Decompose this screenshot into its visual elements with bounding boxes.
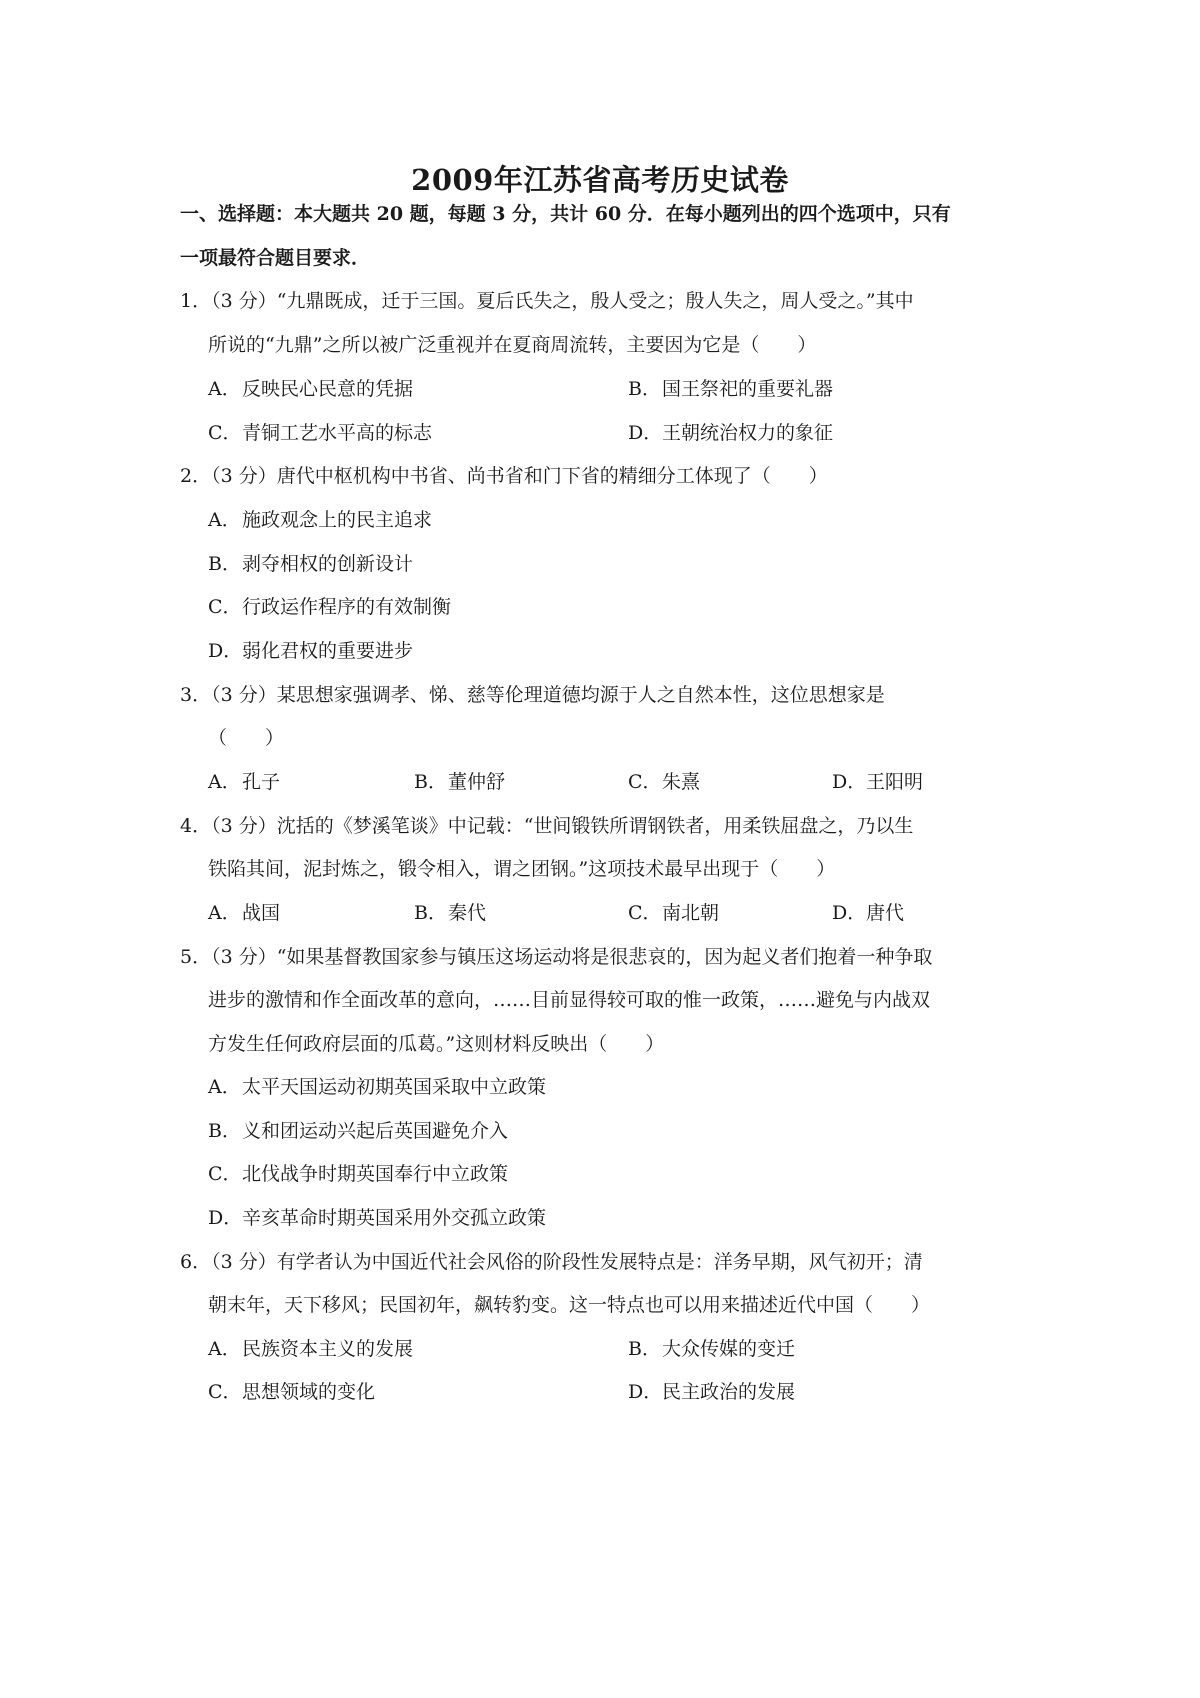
option-key: A．	[208, 768, 242, 796]
option-text: 王阳明	[866, 771, 923, 793]
option-key: A．	[208, 506, 242, 534]
option-text: 董仲舒	[448, 771, 505, 793]
question-stem-line: 4．（3 分）沈括的《梦溪笔谈》中记载：“世间锻铁所谓钢铁者，用柔铁屈盘之，乃以…	[180, 812, 913, 840]
option-c[interactable]: C．行政运作程序的有效制衡	[208, 593, 451, 621]
option-b[interactable]: B．剥夺相权的创新设计	[208, 550, 413, 578]
option-c[interactable]: C．南北朝	[628, 899, 719, 927]
option-text: 义和团运动兴起后英国避免介入	[242, 1120, 508, 1142]
option-key: B．	[628, 1335, 662, 1363]
option-text: 战国	[242, 902, 280, 924]
option-a[interactable]: A．反映民心民意的凭据	[208, 375, 413, 403]
option-a[interactable]: A．战国	[208, 899, 280, 927]
option-c[interactable]: C．思想领域的变化	[208, 1378, 375, 1406]
question-stem-line: 朝末年，天下移风；民国初年，飙转豹变。这一特点也可以用来描述近代中国（ ）	[208, 1291, 930, 1319]
option-d[interactable]: D．王阳明	[832, 768, 923, 796]
option-d[interactable]: D．辛亥革命时期英国采用外交孤立政策	[208, 1204, 546, 1232]
option-text: 南北朝	[662, 902, 719, 924]
option-text: 剥夺相权的创新设计	[242, 553, 413, 575]
option-key: D．	[208, 637, 242, 665]
option-text: 孔子	[242, 771, 280, 793]
option-d[interactable]: D．民主政治的发展	[628, 1378, 795, 1406]
option-key: D．	[832, 899, 866, 927]
question-stem-line: 进步的激情和作全面改革的意向，……目前显得较可取的惟一政策，……避免与内战双	[208, 986, 930, 1014]
option-d[interactable]: D．弱化君权的重要进步	[208, 637, 413, 665]
option-text: 民族资本主义的发展	[242, 1338, 413, 1360]
option-key: C．	[208, 1160, 242, 1188]
question-stem-line: 1．（3 分）“九鼎既成，迁于三国。夏后氏失之，殷人受之；殷人失之，周人受之。”…	[180, 287, 914, 315]
option-text: 北伐战争时期英国奉行中立政策	[242, 1163, 508, 1185]
option-b[interactable]: B．义和团运动兴起后英国避免介入	[208, 1117, 508, 1145]
option-text: 青铜工艺水平高的标志	[242, 422, 432, 444]
option-text: 秦代	[448, 902, 486, 924]
option-text: 太平天国运动初期英国采取中立政策	[242, 1076, 546, 1098]
question-stem-line: 铁陷其间，泥封炼之，锻令相入，谓之团钢。”这项技术最早出现于（ ）	[208, 855, 835, 883]
option-key: B．	[414, 768, 448, 796]
option-a[interactable]: A．民族资本主义的发展	[208, 1335, 413, 1363]
option-text: 唐代	[866, 902, 904, 924]
option-text: 国王祭祀的重要礼器	[662, 378, 833, 400]
option-a[interactable]: A．孔子	[208, 768, 280, 796]
option-text: 民主政治的发展	[662, 1381, 795, 1403]
option-key: A．	[208, 1335, 242, 1363]
option-text: 行政运作程序的有效制衡	[242, 596, 451, 618]
option-b[interactable]: B．董仲舒	[414, 768, 505, 796]
option-text: 朱熹	[662, 771, 700, 793]
option-d[interactable]: D．唐代	[832, 899, 904, 927]
option-key: B．	[208, 1117, 242, 1145]
option-c[interactable]: C．朱熹	[628, 768, 700, 796]
section-instructions-line-1: 一、选择题：本大题共 20 题，每题 3 分，共计 60 分．在每小题列出的四个…	[180, 200, 951, 228]
option-text: 思想领域的变化	[242, 1381, 375, 1403]
option-key: D．	[208, 1204, 242, 1232]
option-key: B．	[208, 550, 242, 578]
option-b[interactable]: B．秦代	[414, 899, 486, 927]
option-text: 弱化君权的重要进步	[242, 640, 413, 662]
question-stem-line: 2．（3 分）唐代中枢机构中书省、尚书省和门下省的精细分工体现了（ ）	[180, 462, 828, 490]
option-text: 王朝统治权力的象征	[662, 422, 833, 444]
option-d[interactable]: D．王朝统治权力的象征	[628, 419, 833, 447]
option-key: A．	[208, 899, 242, 927]
option-text: 施政观念上的民主追求	[242, 509, 432, 531]
page-title: 2009年江苏省高考历史试卷	[0, 158, 1200, 199]
option-a[interactable]: A．太平天国运动初期英国采取中立政策	[208, 1073, 546, 1101]
option-text: 大众传媒的变迁	[662, 1338, 795, 1360]
section-instructions-line-2: 一项最符合题目要求．	[180, 244, 370, 272]
option-key: D．	[832, 768, 866, 796]
option-key: B．	[414, 899, 448, 927]
option-key: C．	[208, 419, 242, 447]
question-stem-line: 5．（3 分）“如果基督教国家参与镇压这场运动将是很悲哀的，因为起义者们抱着一种…	[180, 943, 932, 971]
option-key: A．	[208, 1073, 242, 1101]
option-a[interactable]: A．施政观念上的民主追求	[208, 506, 432, 534]
option-b[interactable]: B．大众传媒的变迁	[628, 1335, 795, 1363]
option-key: D．	[628, 419, 662, 447]
question-stem-line: 6．（3 分）有学者认为中国近代社会风俗的阶段性发展特点是：洋务早期，风气初开；…	[180, 1248, 923, 1276]
question-stem-line: 3．（3 分）某思想家强调孝、悌、慈等伦理道德均源于人之自然本性，这位思想家是	[180, 681, 885, 709]
option-key: A．	[208, 375, 242, 403]
option-c[interactable]: C．北伐战争时期英国奉行中立政策	[208, 1160, 508, 1188]
option-key: D．	[628, 1378, 662, 1406]
question-stem-line: 方发生任何政府层面的瓜葛。”这则材料反映出（ ）	[208, 1030, 664, 1058]
option-text: 辛亥革命时期英国采用外交孤立政策	[242, 1207, 546, 1229]
option-key: C．	[208, 593, 242, 621]
option-key: C．	[208, 1378, 242, 1406]
option-key: C．	[628, 768, 662, 796]
option-key: B．	[628, 375, 662, 403]
option-key: C．	[628, 899, 662, 927]
question-stem-line: 所说的“九鼎”之所以被广泛重视并在夏商周流转，主要因为它是（ ）	[208, 331, 816, 359]
question-stem-line: （ ）	[208, 724, 284, 752]
option-b[interactable]: B．国王祭祀的重要礼器	[628, 375, 833, 403]
exam-page: 2009年江苏省高考历史试卷 一、选择题：本大题共 20 题，每题 3 分，共计…	[0, 0, 1200, 1698]
option-text: 反映民心民意的凭据	[242, 378, 413, 400]
option-c[interactable]: C．青铜工艺水平高的标志	[208, 419, 432, 447]
